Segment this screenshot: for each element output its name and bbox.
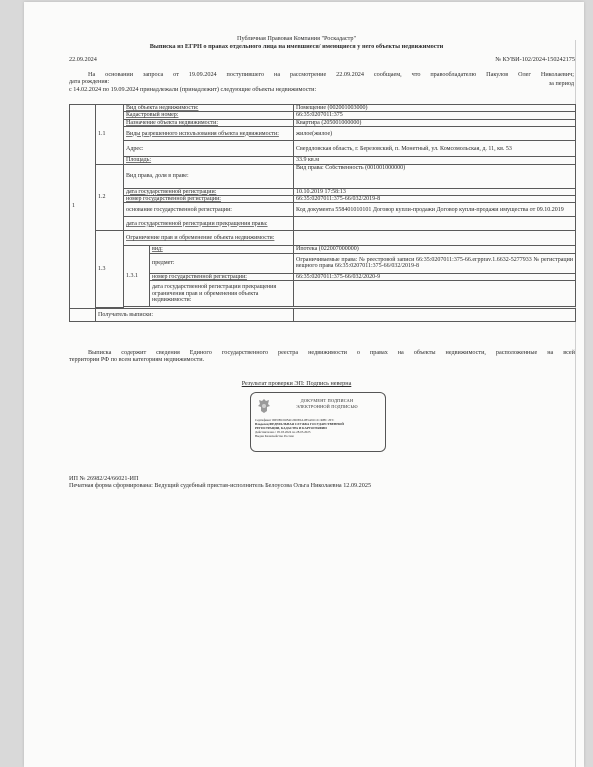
right-termination-date-label: дата государственной регистрации прекращ… xyxy=(124,217,294,231)
encumbrance-reg-number-value: 66:35:0207011:375-66/032/2020-9 xyxy=(294,273,576,280)
permitted-use-value: жилое(жилое) xyxy=(294,127,576,141)
stamp-title-1: ДОКУМЕНТ ПОДПИСАН xyxy=(273,398,381,403)
encumbrance-subject-value: Ограничиваемые права: № реестровой запис… xyxy=(294,253,576,273)
registration-date-label: дата государственной регистрации: xyxy=(124,188,294,195)
printed-by: Печатная форма сформирована: Ведущий суд… xyxy=(69,482,371,489)
right-termination-date-value xyxy=(294,217,576,231)
subsection-1-3-1-number: 1.3.1 xyxy=(124,246,150,307)
intro-period-label: за период xyxy=(440,80,574,87)
recipient-label: Получатель выписки: xyxy=(96,308,294,321)
registration-basis-label: основание государственной регистрации: xyxy=(124,203,294,217)
object-purpose-label: Назначение объекта недвижимости: xyxy=(124,119,294,126)
right-type-label: Вид права, доля в праве: xyxy=(124,164,294,188)
intro-birth-date-label: дата рождения: xyxy=(69,78,109,85)
registration-date-value: 10.10.2019 17:58:13 xyxy=(294,188,576,195)
encumbrance-termination-value xyxy=(294,281,576,307)
object-type-value: Помещение (002001003000) xyxy=(294,105,576,112)
intro-line-period: с 14.02.2024 по 19.09.2024 принадлежали … xyxy=(69,86,316,93)
section-1-2-number: 1.2 xyxy=(96,164,124,231)
egrn-table: 1 1.1 Вид объекта недвижимости: Помещени… xyxy=(69,104,576,322)
section-1-1-number: 1.1 xyxy=(96,105,124,165)
right-type-value: Вид права: Собственность (001001000000) xyxy=(294,164,576,188)
signature-check-result: Результат проверки ЭП: Подпись неверна xyxy=(0,380,593,387)
encumbrance-heading-value xyxy=(294,231,576,246)
section-1-3-number: 1.3 xyxy=(96,231,124,307)
cadastral-number-value: 66:35:0207011:375 xyxy=(294,112,576,119)
intro-line-1: На основании запроса от 19.09.2024 посту… xyxy=(88,71,574,78)
recipient-value xyxy=(294,308,576,321)
encumbrance-type-label: вид: xyxy=(150,246,294,253)
coat-of-arms-icon xyxy=(257,398,271,414)
electronic-signature-stamp: ДОКУМЕНТ ПОДПИСАН ЭЛЕКТРОННОЙ ПОДПИСЬЮ С… xyxy=(250,392,386,452)
cadastral-number-label: Кадастровый номер: xyxy=(124,112,294,119)
encumbrance-type-value: Ипотека (022007000000) xyxy=(294,246,576,253)
recipient-empty-cell xyxy=(70,308,96,321)
encumbrance-reg-number-label: номер государственной регистрации: xyxy=(150,273,294,280)
address-value: Свердловская область, г. Березовский, п.… xyxy=(294,141,576,157)
encumbrance-heading: Ограничение прав и обременение объекта н… xyxy=(124,231,294,246)
object-type-label: Вид объекта недвижимости: xyxy=(124,105,294,112)
document-date: 22.09.2024 xyxy=(69,56,97,63)
encumbrance-subject-label: предмет: xyxy=(150,253,294,273)
stamp-title-2: ЭЛЕКТРОННОЙ ПОДПИСЬЮ xyxy=(273,404,381,409)
permitted-use-label: Виды разрешенного использования объекта … xyxy=(124,127,294,141)
summary-line-2: территории РФ по всем категориям недвижи… xyxy=(69,356,204,363)
object-purpose-value: Квартира (205001000000) xyxy=(294,119,576,126)
registration-basis-value: Код документа 558401010101 Договор купли… xyxy=(294,203,576,217)
area-value: 33.9 кв.м xyxy=(294,157,576,164)
address-label: Адрес: xyxy=(124,141,294,157)
registration-number-value: 66:35:0207011:375-66/032/2019-8 xyxy=(294,196,576,203)
organization-name: Публичная Правовая Компания "Роскадастр" xyxy=(0,35,593,42)
stamp-issuer: Выдан Казначейство России xyxy=(255,434,294,438)
document-number: № КУВИ-102/2024-150242175 xyxy=(440,56,575,63)
area-label: Площадь: xyxy=(124,157,294,164)
ip-number: ИП № 26982/24/66021-ИП xyxy=(69,475,139,482)
row-number: 1 xyxy=(70,105,96,309)
document-title: Выписка из ЕГРН о правах отдельного лица… xyxy=(0,43,593,50)
summary-line-1: Выписка содержит сведения Единого госуда… xyxy=(88,349,575,356)
registration-number-label: номер государственной регистрации: xyxy=(124,196,294,203)
encumbrance-termination-label: дата государственной регистрации прекращ… xyxy=(150,281,294,307)
